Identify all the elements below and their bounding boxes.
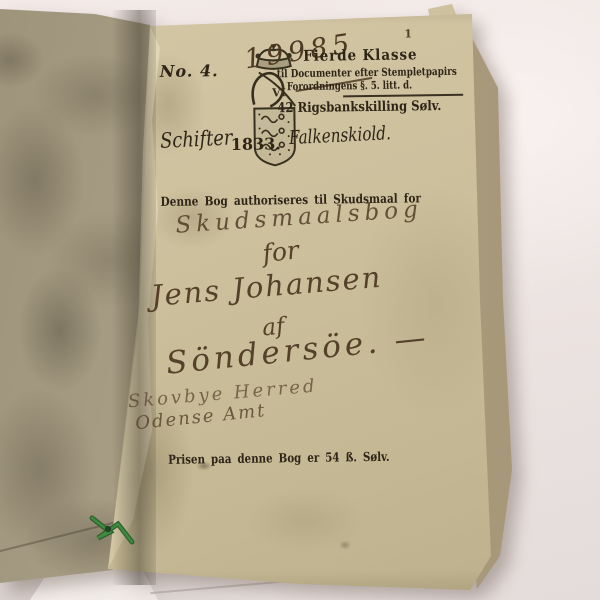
year-1833: 1833. xyxy=(231,136,281,153)
class-title-line: Fierde Klasse xyxy=(276,47,444,64)
regulation-line: Forordningens §. 5. litt. d. xyxy=(277,79,422,92)
denomination-line: 42 Rigsbankskilling Sølv. xyxy=(277,100,437,116)
open-book: 1 No. 4. VI xyxy=(0,0,600,600)
signature-falkenskiold: Falkenskiold. xyxy=(289,124,392,148)
signature-schifter: Schifter xyxy=(160,127,233,152)
document-no-label: No. 4. xyxy=(160,63,219,80)
class-header-block: Fierde Klasse til Documenter efter Stemp… xyxy=(276,47,463,116)
page-number: 1 xyxy=(404,28,412,39)
photograph-of-skudsmaalsbog: 1 No. 4. VI xyxy=(0,0,600,600)
handwritten-place: Söndersöe. — xyxy=(165,322,431,380)
class-subtitle-line: til Documenter efter Stempletpapirs xyxy=(277,66,426,79)
handwritten-for: for xyxy=(261,237,300,266)
handwritten-name: Jens Johansen xyxy=(150,263,384,311)
title-page-content: 1 No. 4. VI xyxy=(0,0,600,600)
price-line: Prisen paa denne Bog er 54 ß. Sølv. xyxy=(168,451,390,467)
divider-rule xyxy=(343,94,463,97)
